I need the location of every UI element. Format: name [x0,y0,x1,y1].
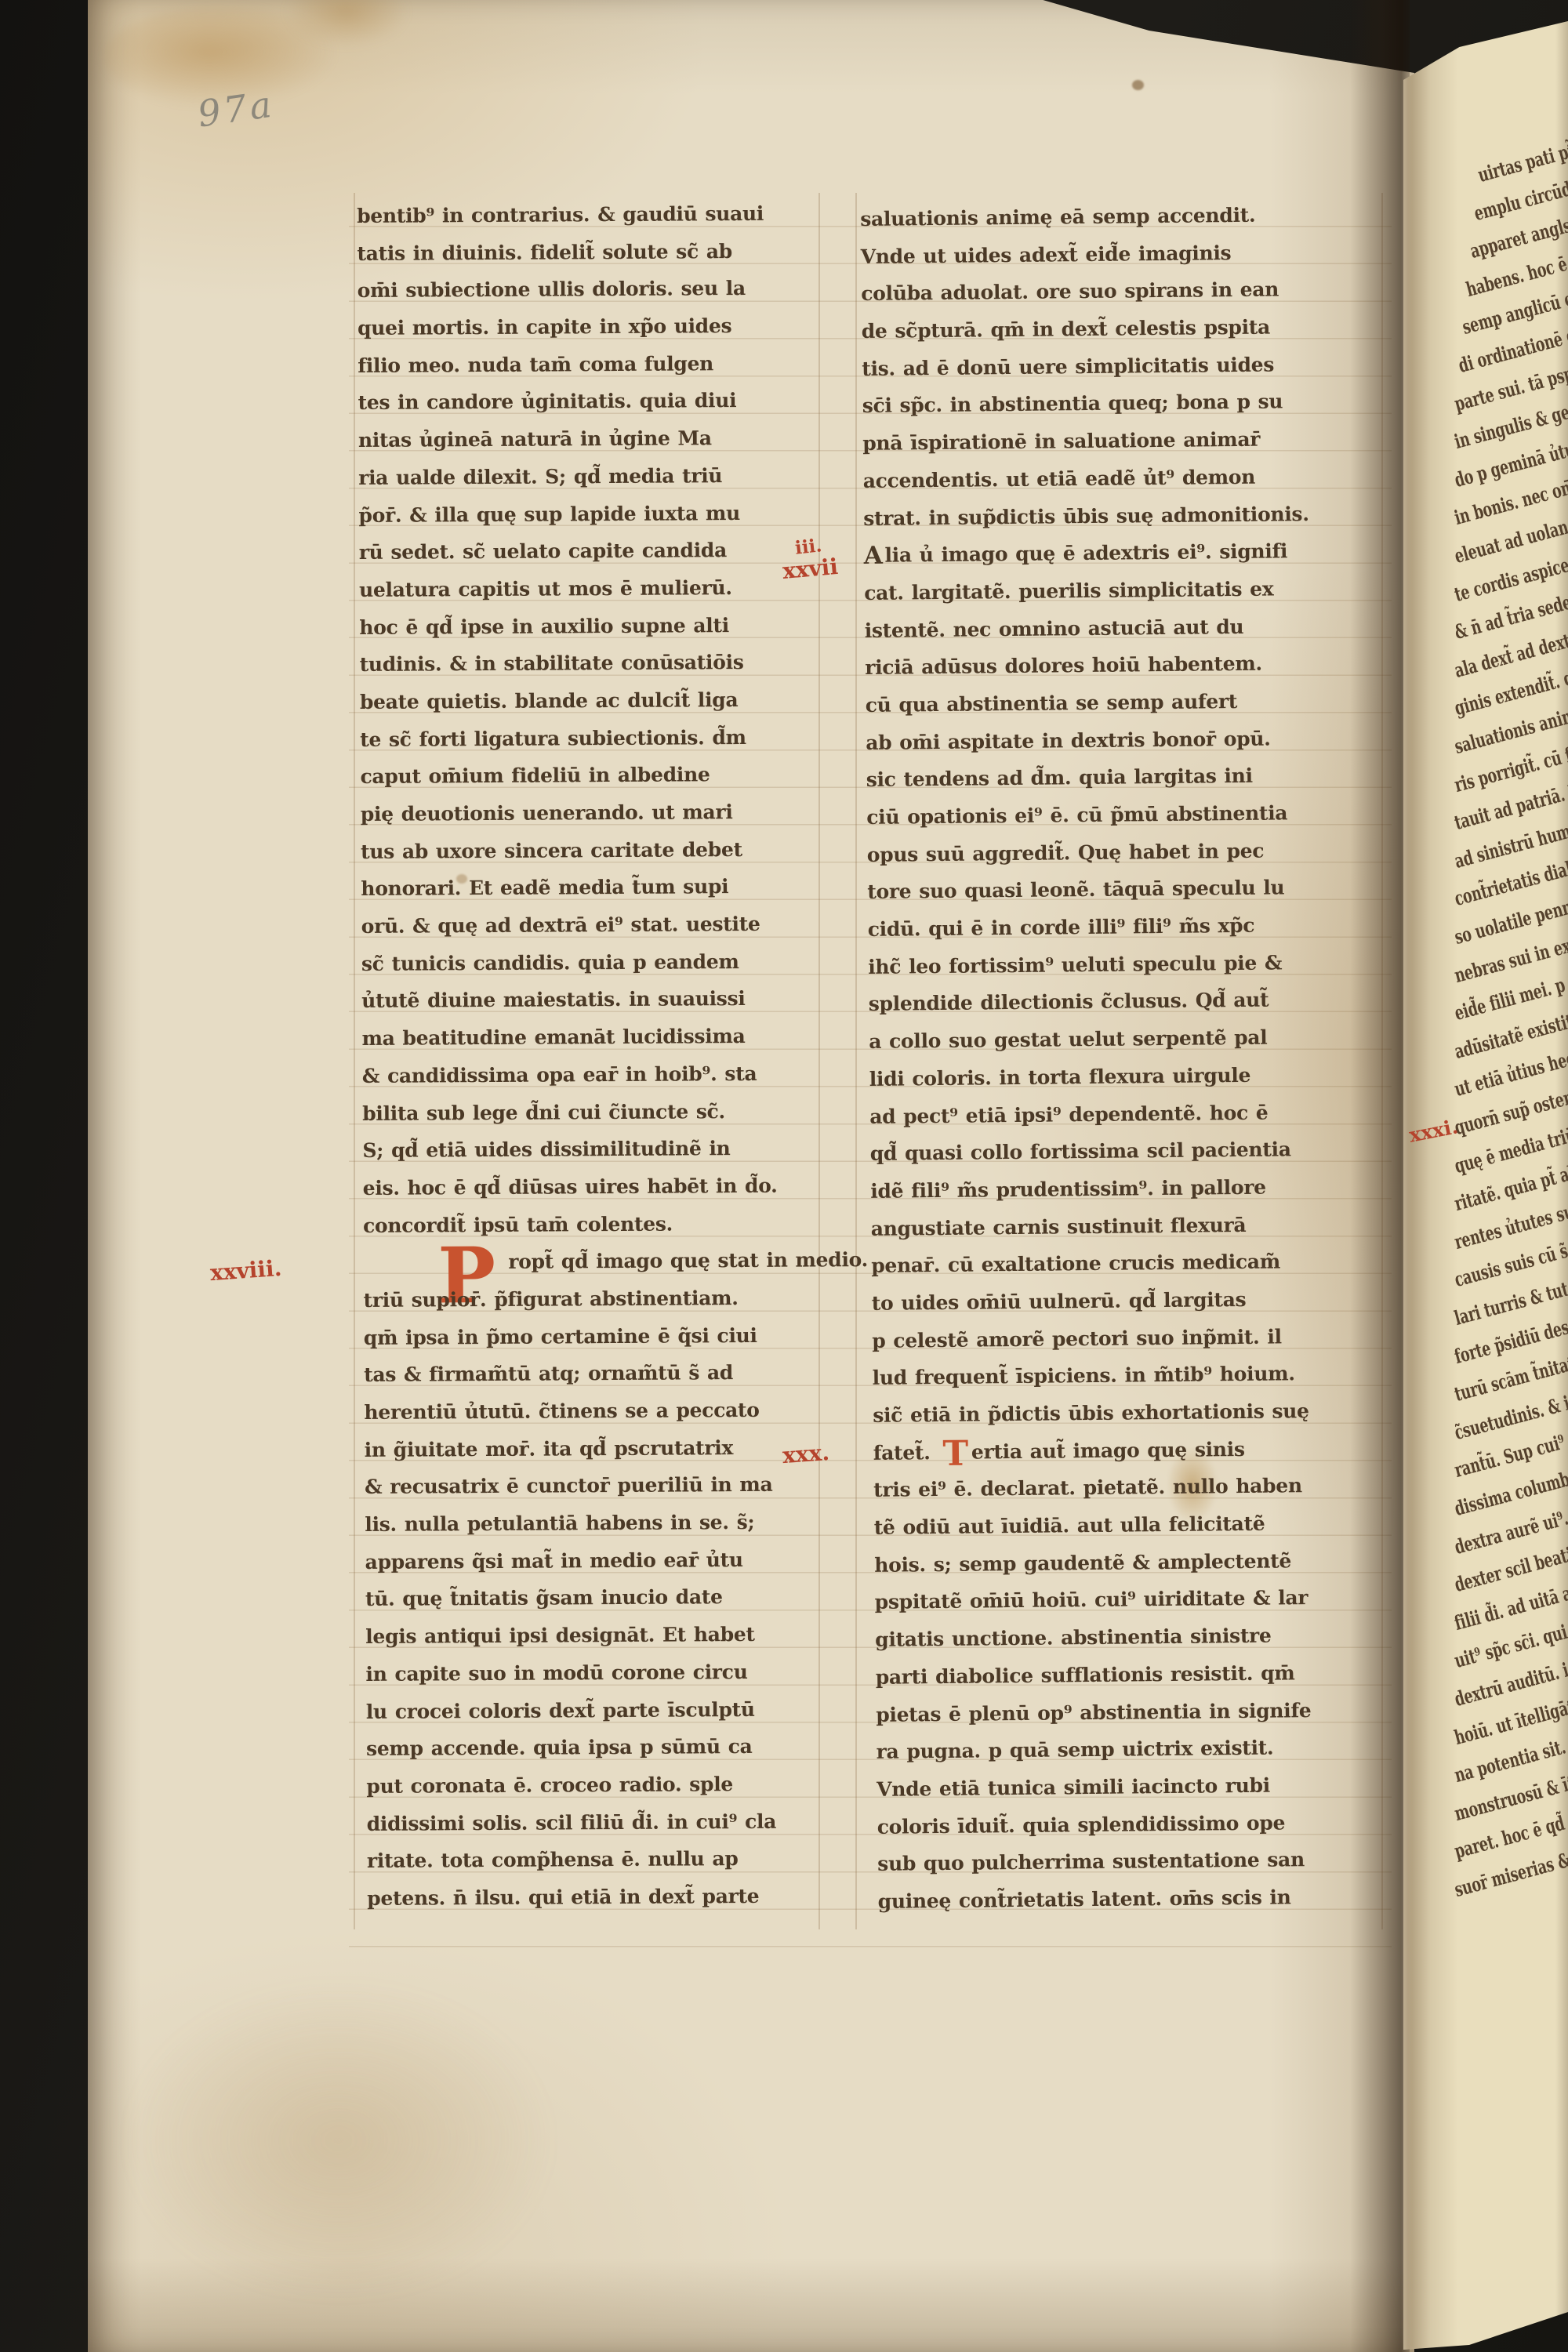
text-line: ab om̄i aspitate in dextris bonor̄ opū. [866,719,1389,762]
text-line: sc̄i sp̃c. in abstinentia queq; bona p s… [862,382,1385,425]
text-line: istentẽ. nec omnino astuciā aut du [864,607,1388,650]
text-line: fatet̃. Tertia aut̃ imago quę sinis [873,1429,1396,1472]
text-line: opus suū aggredit̃. Quę habet in pec [866,831,1390,874]
text-line: ủtutẽ diuine maiestatis. in suauissi [361,980,826,1020]
text-line: eis. hoc ē qd̃ diūsas uires habēt in d̃o… [363,1167,827,1207]
column-ruling-line [855,193,857,1929]
text-line: saluationis animę eā semp accendit. [860,195,1384,238]
column-ruling-line [354,193,355,1929]
text-line: riciā adūsus dolores hoiū habentem. [865,644,1388,687]
text-line: lis. nulla petulantiā habens in se. s̃; [365,1503,829,1543]
text-line: in g̃iuitate mor̄. ita qd̃ pscrutatrix [365,1428,829,1468]
text-line: pspitatẽ om̄iū hoiū. cui⁹ uiriditate & l… [874,1578,1398,1621]
text-line: tẽ odiū aut īuidiā. aut ulla felicitatẽ [873,1504,1397,1547]
text-line: beate quietis. blande ac dulcit̃ liga [360,681,824,720]
text-line: pię deuotionis uenerando. ut mari [361,793,825,833]
text-line: sic tendens ad d̃m. quia largitas ini [866,756,1389,799]
text-line: bilita sub lege d̃ni cui c̃iuncte sc̃. [362,1092,826,1132]
text-line: tatis in diuinis. fidelit̃ solute sc̃ ab [357,232,821,272]
text-line: petens. n̄ ilsu. qui etiā in dext̃ parte [367,1877,831,1917]
text-line: herentiū ủtutū. c̃tinens se a peccato [364,1391,828,1431]
text-line: uelatura capitis ut mos ē mulierū. [359,568,823,608]
text-line: ciū opationis ei⁹ ē. cū p̃mū abstinentia [866,793,1390,837]
text-line: hoc ē qd̃ ipse in auxilio supne alti [359,606,823,646]
text-line: gitatis unctione. abstinentia sinistre [875,1616,1399,1659]
text-line: idẽ fili⁹ m̃s prudentissim⁹. in pallore [870,1167,1394,1210]
initial-letter: T [938,1433,971,1473]
text-line: tis. ad ē donū uere simplicitatis uides [862,345,1385,388]
text-line: tū. quę t̃nitatis g̃sam inucio date [365,1578,829,1618]
manuscript-photo: 97a bentib⁹ in contrarius. & gaudiū suau… [0,0,1568,2352]
text-line: nitas ủgineā naturā in ủgine Ma [358,419,822,459]
text-line: tas & firmam̃tū atq; ornam̃tū s̃ ad [364,1354,828,1394]
gutter-shadow [1350,0,1410,2352]
text-line: angustiate carnis sustinuit flexurā [870,1204,1394,1247]
text-run: ropt̃ qd̃ imago quę stat in medio. [508,1248,868,1273]
text-line: hois. s; semp gaudentẽ & amplectentẽ [874,1541,1398,1584]
right-text-column: saluationis animę eā semp accendit.Vnde … [860,195,1402,1920]
text-line: & recusatrix ē cunctor̄ pueriliū in ma [365,1466,829,1506]
text-line: ihc̃ leo fortissim⁹ ueluti speculu pie & [868,943,1392,986]
chapter-number-xxvii: xxvii [782,554,840,584]
text-line: & candidissima opa ear̄ in hoib⁹. sta [362,1054,826,1094]
text-line: orū. & quę ad dextrā ei⁹ stat. uestite [361,905,826,945]
text-line: strat. in sup̃dictis ūbis suę admonition… [863,494,1387,537]
text-line: pietas ē plenū op⁹ abstinentia in signif… [876,1690,1399,1733]
initial-letter: A [864,542,885,570]
text-line: caput om̄ium fideliū in albedine [360,756,824,796]
text-line: to uides om̄iū uulnerū. qd̃ largitas [871,1279,1395,1323]
text-line: coloris īduit̃. quia splendidissimo ope [877,1802,1400,1846]
text-line: Vnde ut uides adext̃ eid̃e imaginis [860,233,1384,276]
text-line: splendide dilectionis c̃clusus. Qd̃ aut̃ [868,980,1392,1023]
text-line: in capite suo in modū corone circu [365,1653,829,1693]
text-line: Vnde etiā tunica simili iacincto rubi [877,1766,1400,1809]
text-line: qd̃ quasi collo fortissima scil pacienti… [869,1130,1393,1173]
text-line: tris ei⁹ ē. declarat. pietatẽ. nullo hab… [873,1466,1397,1509]
text-line: te sc̃ forti ligatura subiectionis. d̃m [360,718,824,758]
text-line: de sc̃pturā. qm̄ in dext̃ celestis pspit… [861,307,1385,350]
text-line: om̄i subiectione ullis doloris. seu la [358,270,822,310]
text-line: a collo suo gestat uelut serpentẽ pal [869,1018,1392,1061]
text-line: lu crocei coloris dext̃ parte īsculptū [366,1690,830,1730]
text-line: lidi coloris. in torta flexura uirgule [869,1055,1392,1098]
text-line: bentib⁹ in contrarius. & gaudiū suaui [357,194,821,234]
text-line: tudinis. & in stabilitate conūsatiōis [359,644,823,684]
text-line: filio meo. nuda tam̄ coma fulgen [358,344,822,384]
text-line: guineę cont̃rietatis latent. om̄s scis i… [877,1878,1401,1921]
text-line: put coronata ē. croceo radio. sple [366,1765,830,1805]
next-page-edge: uirtas pati pt̃ passionemplu circūdata ē… [1403,0,1568,2352]
text-line: p celestẽ amorẽ pectori suo inp̃mit. il [872,1317,1396,1360]
text-line: rū sedet. sc̃ uelato capite candida [359,532,823,572]
text-line: triū supior̄. p̃figurat abstinentiam. [363,1279,827,1319]
chapter-number-xxviii: xxviii. [209,1255,282,1286]
text-line: cidū. qui ē in corde illi⁹ fili⁹ m̃s xp̃… [867,906,1391,949]
text-line: sic̃ etiā in p̃dictis ūbis exhortationis… [873,1392,1396,1435]
text-line: tes in candore ủginitatis. quia diui [358,382,822,422]
text-line: parti diabolice sufflationis resistit. q… [875,1653,1399,1697]
text-line: ritate. tota comp̃hensa ē. nullu ap [367,1840,831,1880]
text-line: cat. largitatẽ. puerilis simplicitatis e… [864,569,1388,612]
text-line: p̃or̄. & illa quę sup lapide iuxta mu [358,494,822,534]
text-line: S; qd̃ etiā uides dissimilitudinẽ in [362,1130,826,1170]
text-line: ma beatitudine emanāt lucidissima [361,1017,826,1057]
text-line: ra pugna. p quā semp uictrix existit. [876,1728,1399,1771]
parchment-stain [1132,80,1144,90]
text-line: quei mortis. in capite in xp̃o uides [358,307,822,347]
text-line: qm̄ ipsa in p̃mo certamine ē q̃si ciui [364,1316,828,1356]
text-line: concordit̃ ipsū tam̄ colentes. [363,1204,827,1244]
left-text-column: bentib⁹ in contrarius. & gaudiū suauitat… [357,194,831,1917]
text-run: lia ủ imago quę ē adextris ei⁹. signifi [884,540,1287,567]
text-line: cū qua abstinentia se semp aufert [865,681,1388,724]
text-line: Propt̃ qd̃ imago quę stat in medio. [363,1242,827,1282]
text-line: sub quo pulcherrima sustentatione san [877,1840,1401,1883]
text-line: apparens q̃si mat̃ in medio ear̄ ủtu [365,1541,829,1581]
text-line: tus ab uxore sincera caritate debet [361,830,825,870]
text-line: honorari. Et eadẽ media t̃um supi [361,868,825,908]
text-line: sc̃ tunicis candidis. quia p eandem [361,942,826,982]
text-line: pnā īspirationē in saluatione animar̄ [862,419,1386,463]
text-line: ria ualde dilexit. S; qd̃ media triū [358,456,822,496]
text-line: accendentis. ut etiā eadẽ ủt⁹ demon [862,457,1386,500]
next-page-text-line: uirtas pati pt̃ passion [1475,123,1568,187]
text-line: penar̄. cū exaltatione crucis medicam̃ [871,1242,1395,1285]
text-line: legis antiqui ipsi designāt. Et habet [365,1615,829,1655]
text-run: ertia aut̃ imago quę sinis [971,1438,1245,1464]
text-line: ad pect⁹ etiā ipsi⁹ dependentẽ. hoc ē [869,1092,1393,1135]
text-line: didissimi solis. scil filiū d̃i. in cui⁹… [367,1802,831,1842]
text-line: lud frequent̃ īspiciens. in m̃tib⁹ hoium… [872,1354,1396,1397]
parchment-stain [135,1991,543,2289]
text-run: fatet̃. [873,1441,938,1465]
text-line: tore suo quasi leonẽ. tāquā speculu lu [867,868,1391,911]
text-line: colūba aduolat. ore suo spirans in ean [861,270,1385,313]
chapter-number-xxx: xxx. [782,1439,830,1468]
text-line: semp accende. quia ipsa p sūmū ca [366,1728,830,1768]
text-line: Alia ủ imago quę ē adextris ei⁹. signifi [863,532,1387,575]
